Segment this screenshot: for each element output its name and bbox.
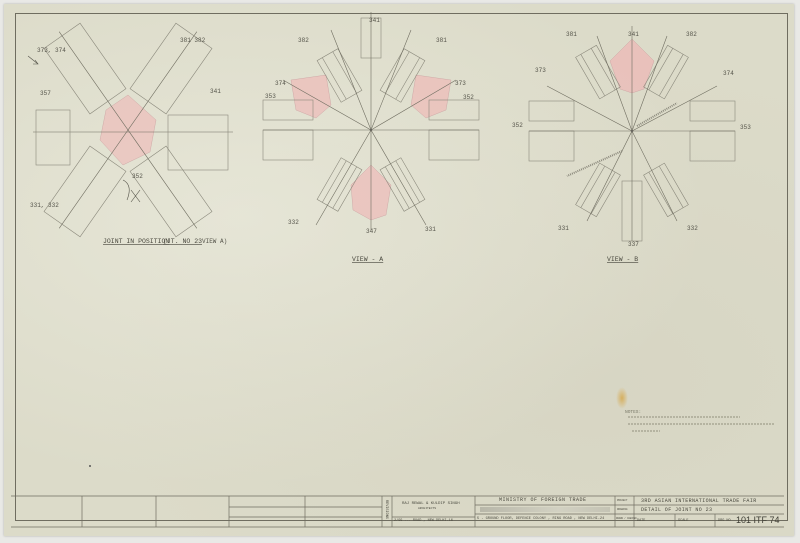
member-label: 374 xyxy=(275,80,286,87)
joint-in-position-view: 373, 374 381 382 357 341 352 331, 332 JO… xyxy=(28,19,233,245)
view-caption: VIEW - A xyxy=(352,256,383,263)
member-label: 381 xyxy=(566,31,577,38)
consultant-address: 5 - GROUND FLOOR, DEFENCE COLONY , RING … xyxy=(477,517,604,521)
member-label: 341 xyxy=(210,88,221,95)
member-label: 373, 374 xyxy=(37,47,66,54)
member-label: 381 xyxy=(436,37,447,44)
member-label: 337 xyxy=(628,241,639,248)
architect-name: RAJ REWAL & KULDIP SINGH xyxy=(402,502,460,506)
paper-mark xyxy=(89,465,91,467)
member-label: 357 xyxy=(40,90,51,97)
member-label: 332 xyxy=(288,219,299,226)
scale-label: SCALE xyxy=(678,519,689,523)
member-label: 331 xyxy=(558,225,569,232)
drawing-title: DETAIL OF JOINT NO 23 xyxy=(641,507,712,513)
architect-address: 2/99 ... ROAD , NEW DELHI-16 xyxy=(394,519,453,523)
member-label: 352 xyxy=(463,94,474,101)
notes: NOTES: xyxy=(625,409,775,431)
member-label: 332 xyxy=(687,225,698,232)
notes-heading: NOTES: xyxy=(625,409,641,415)
member-label: 373 xyxy=(535,67,546,74)
member-label: 352 xyxy=(512,122,523,129)
member-label: 347 xyxy=(366,228,377,235)
drg-no-label: DRG NO xyxy=(718,519,731,523)
view-caption: JOINT IN POSITION xyxy=(103,238,169,245)
view-caption-ref: (JT. NO 23 xyxy=(163,238,202,245)
drawn-label: DRAWN / CHECKED xyxy=(616,517,637,520)
member-label: 381 382 xyxy=(180,37,206,44)
member-label: 374 xyxy=(723,70,734,77)
view-caption: VIEW - B xyxy=(607,256,638,263)
paper-stain xyxy=(616,387,628,409)
member-label: 331 xyxy=(425,226,436,233)
drawing-label: DRAWING xyxy=(617,508,628,511)
member-label: 352 xyxy=(132,173,143,180)
redacted-strip xyxy=(480,507,610,512)
view-a: 341 382 381 374 373 353 352 332 347 331 … xyxy=(263,12,479,263)
drawing-canvas: 373, 374 381 382 357 341 352 331, 332 JO… xyxy=(0,0,800,543)
date-label: DATE xyxy=(637,519,645,523)
member-label: 382 xyxy=(298,37,309,44)
view-caption-ref-suffix: VIEW A) xyxy=(202,238,227,245)
member-label: 373 xyxy=(455,80,466,87)
member-label: 341 xyxy=(628,31,639,38)
member-label: 341 xyxy=(369,17,380,24)
project-title: 3RD ASIAN INTERNATIONAL TRADE FAIR xyxy=(641,498,757,504)
project-label: PROJECT xyxy=(617,499,628,502)
member-label: 331, 332 xyxy=(30,202,59,209)
drawing-number: 101 ITF 74 xyxy=(736,515,780,525)
client-name: MINISTRY OF FOREIGN TRADE xyxy=(499,497,587,503)
member-label: 382 xyxy=(686,31,697,38)
member-label: 353 xyxy=(265,93,276,100)
architect-role: ARCHITECTS xyxy=(418,507,436,510)
view-b: 381 341 382 373 374 352 353 331 332 337 … xyxy=(512,26,751,263)
revisions-label: REVISIONS xyxy=(384,500,388,519)
member-label: 353 xyxy=(740,124,751,131)
